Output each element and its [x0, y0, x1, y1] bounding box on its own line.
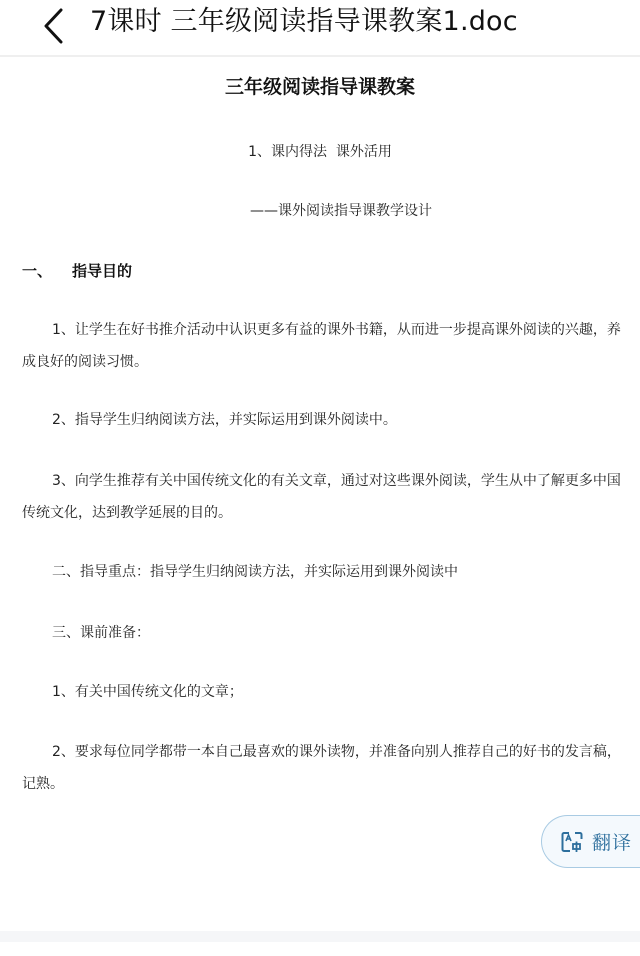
section-title: 指导目的: [72, 262, 132, 280]
section-number: 一、: [22, 262, 52, 280]
chevron-left-icon: [42, 8, 64, 44]
paragraph-preparation-1: 1、有关中国传统文化的文章；: [22, 676, 622, 708]
paragraph-preparation-2: 2、要求每位同学都带一本自己最喜欢的课外读物，并准备向别人推荐自己的好书的发言稿…: [22, 736, 622, 800]
document-subtitle: 1、课内得法 课外活用: [0, 141, 640, 161]
bottom-divider: [0, 931, 640, 942]
translate-button[interactable]: 翻译: [541, 815, 640, 868]
paragraph-preparation-heading: 三、课前准备：: [22, 617, 622, 649]
translate-label: 翻译: [592, 828, 632, 855]
paragraph-objective-2: 2、指导学生归纳阅读方法，并实际运用到课外阅读中。: [22, 404, 622, 436]
top-bar: 7课时 三年级阅读指导课教案1.doc: [0, 0, 640, 57]
paragraph-objective-3: 3、向学生推荐有关中国传统文化的有关文章，通过对这些课外阅读，学生从中了解更多中…: [22, 465, 622, 529]
document-title: 三年级阅读指导课教案: [0, 72, 640, 99]
translate-icon: [560, 830, 584, 854]
document-page[interactable]: 三年级阅读指导课教案 1、课内得法 课外活用 ——课外阅读指导课教学设计 一、指…: [0, 59, 640, 929]
document-subtitle-design: ——课外阅读指导课教学设计: [250, 200, 432, 220]
document-viewer: 7课时 三年级阅读指导课教案1.doc 三年级阅读指导课教案 1、课内得法 课外…: [0, 0, 640, 956]
paragraph-objective-1: 1、让学生在好书推介活动中认识更多有益的课外书籍，从而进一步提高课外阅读的兴趣，…: [22, 314, 622, 378]
paragraph-key-point: 二、指导重点：指导学生归纳阅读方法，并实际运用到课外阅读中: [22, 556, 622, 588]
file-title: 7课时 三年级阅读指导课教案1.doc: [90, 5, 518, 39]
section-heading-objectives: 一、指导目的: [22, 260, 132, 281]
back-button[interactable]: [38, 6, 68, 46]
